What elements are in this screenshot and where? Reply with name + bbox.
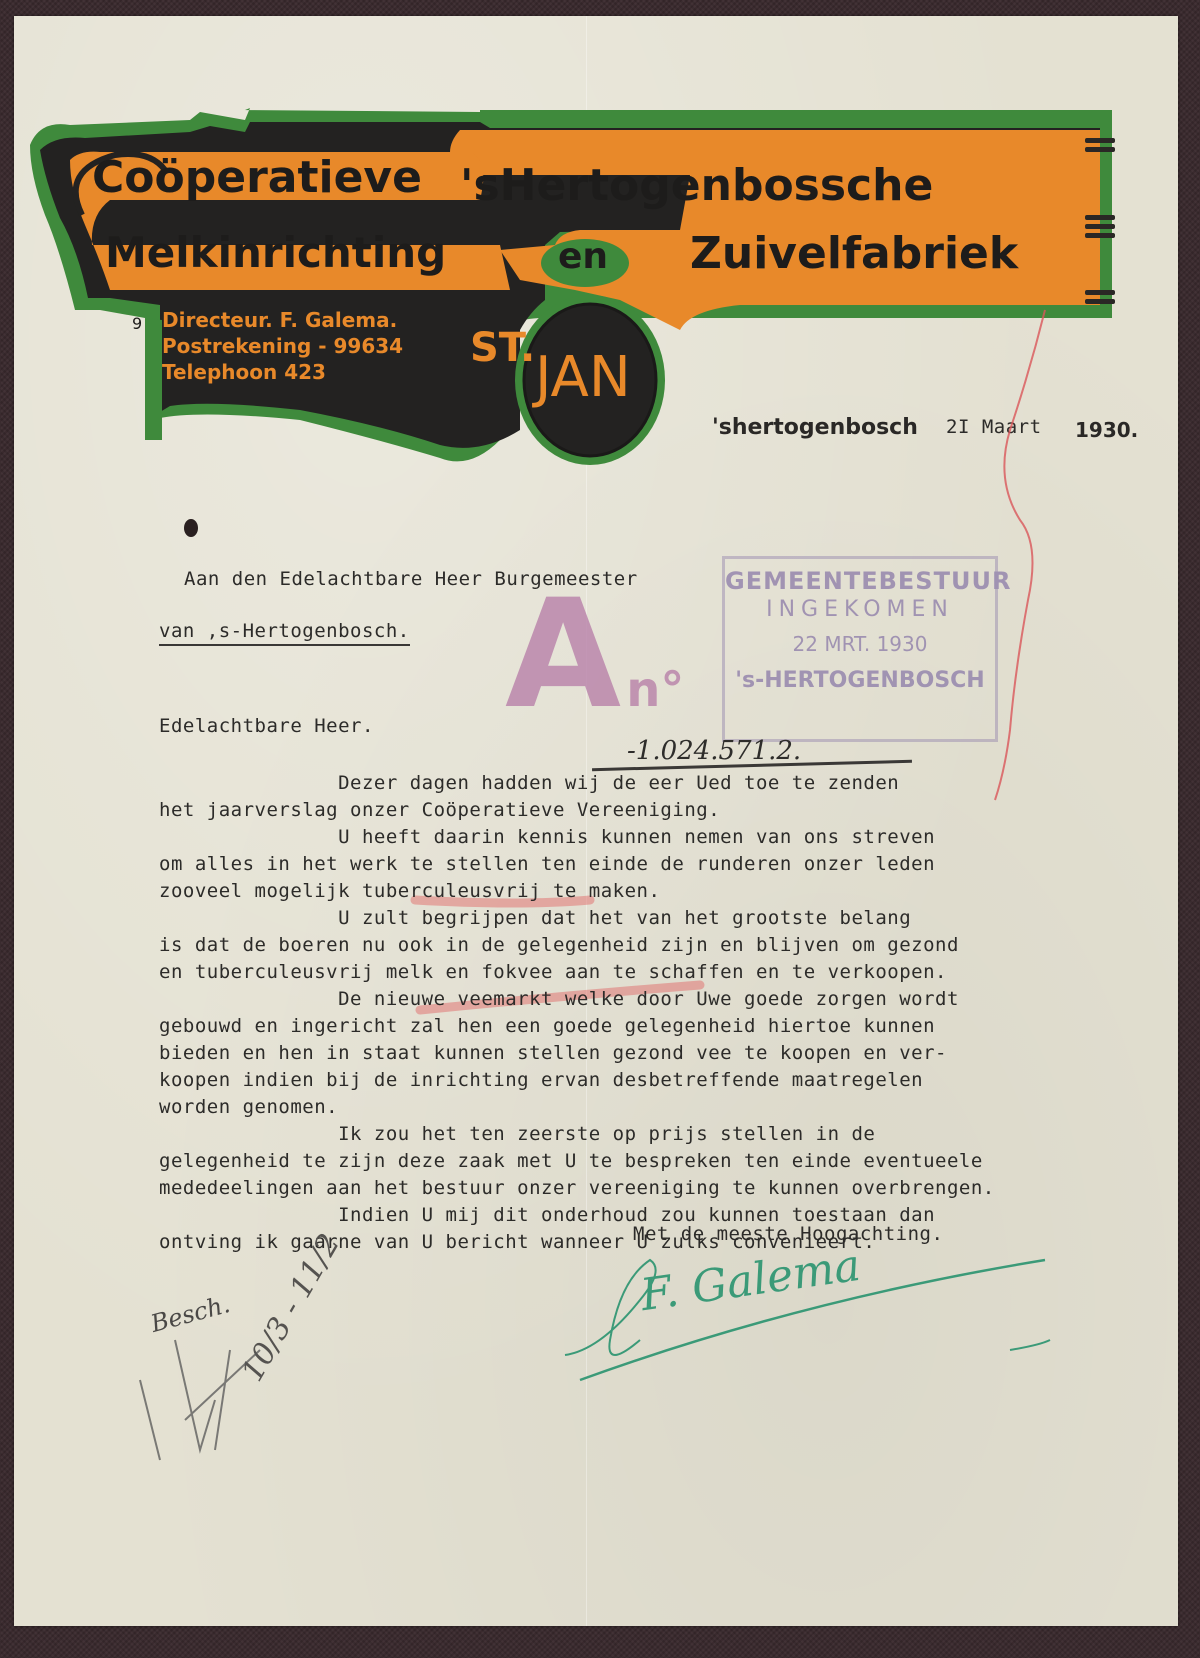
pencil-scribble	[0, 0, 1200, 1658]
